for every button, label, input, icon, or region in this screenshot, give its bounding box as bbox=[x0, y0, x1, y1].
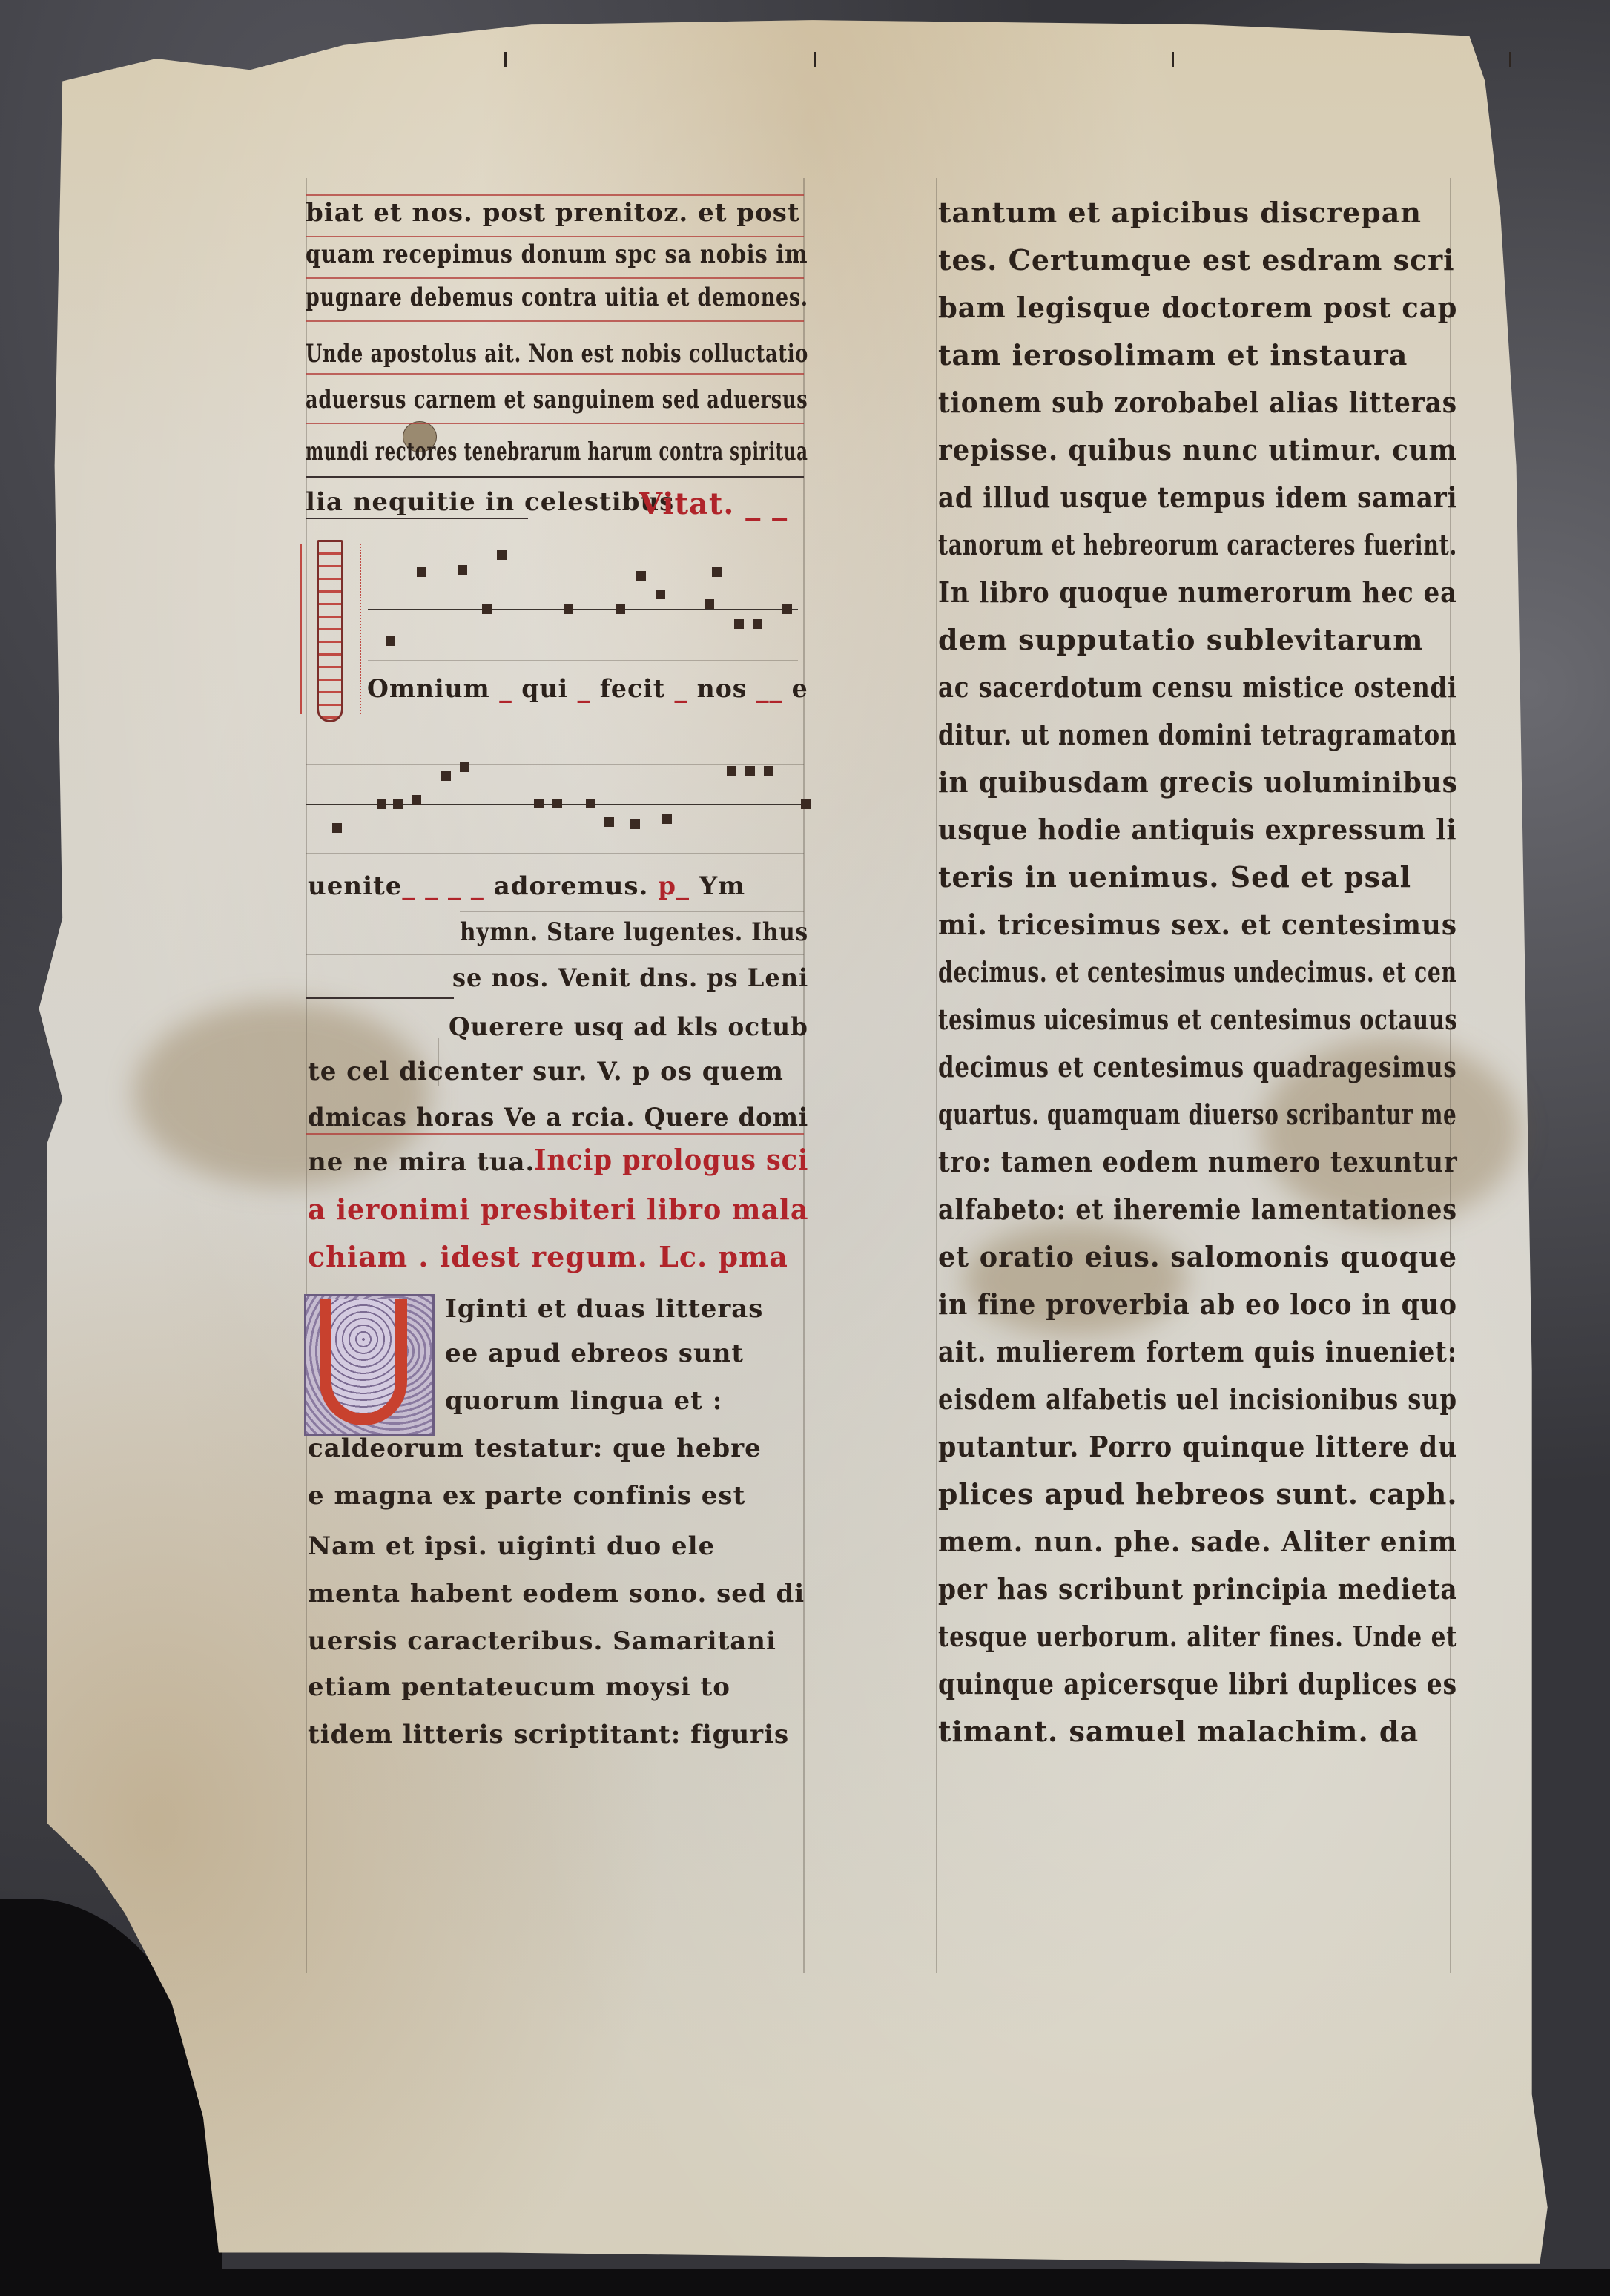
neume bbox=[801, 799, 811, 809]
text-ruling bbox=[460, 911, 804, 912]
rubric-heading: a ieronimi presbiteri libro mala bbox=[308, 1195, 808, 1224]
text-line: Unde apostolus ait. Non est nobis colluc… bbox=[306, 341, 808, 366]
text-line: per has scribunt principia medieta bbox=[938, 1575, 1458, 1603]
text-line: Querere usq ad kls octub bbox=[449, 1015, 808, 1040]
neume bbox=[734, 619, 744, 629]
lyric: Ym bbox=[699, 871, 745, 901]
text-line: uersis caracteribus. Samaritani bbox=[308, 1629, 776, 1654]
text-line: decimus. et centesimus undecimus. et cen bbox=[938, 958, 1457, 986]
text-line: te cel dicenter sur. V. p os quem bbox=[308, 1059, 784, 1084]
text-line: decimus et centesimus quadragesimus bbox=[938, 1053, 1457, 1081]
prick-mark bbox=[1172, 52, 1174, 67]
text-line: eisdem alfabetis uel incisionibus sup bbox=[938, 1385, 1457, 1413]
dark-ruling bbox=[306, 476, 804, 478]
neume bbox=[377, 799, 386, 809]
neume bbox=[386, 636, 395, 646]
music-text-2: uenite_ _ _ _ adoremus. p_ Ym bbox=[308, 874, 745, 899]
text-line: tionem sub zorobabel alias litteras bbox=[938, 389, 1457, 417]
lyric: uenite bbox=[308, 871, 402, 901]
music-staff-line-faint bbox=[368, 564, 798, 564]
neume bbox=[534, 799, 544, 808]
red-ruling bbox=[306, 236, 804, 237]
neume bbox=[764, 766, 773, 776]
text-line: putantur. Porro quinque littere du bbox=[938, 1433, 1457, 1461]
text-line: tam ierosolimam et instaura bbox=[938, 341, 1408, 369]
text-line: caldeorum testatur: que hebre bbox=[308, 1436, 762, 1461]
text-line: Iginti et duas litteras bbox=[445, 1296, 763, 1322]
text-line: dmicas horas Ve a rcia. Quere domi bbox=[308, 1105, 808, 1130]
text-line: mundi rectores tenebrarum harum contra s… bbox=[306, 439, 808, 464]
text-line: quam recepimus donum spc sa nobis im bbox=[306, 242, 808, 267]
initial-bowl bbox=[320, 1299, 407, 1425]
text-line: pugnare debemus contra uitia et demones. bbox=[306, 285, 808, 310]
text-line: ac sacerdotum censu mistice ostendi bbox=[938, 673, 1457, 702]
initial-stem bbox=[317, 540, 343, 722]
prick-mark bbox=[1509, 52, 1511, 67]
text-line: bam legisque doctorem post cap bbox=[938, 294, 1457, 322]
red-ruling bbox=[306, 373, 804, 375]
music-staff-line-faint bbox=[306, 764, 804, 765]
decorated-initial-U bbox=[304, 1294, 435, 1436]
neume bbox=[604, 817, 614, 827]
text-line: lia nequitie in celestibus bbox=[306, 489, 674, 515]
lyric: Omnium bbox=[367, 674, 490, 704]
neume bbox=[417, 567, 426, 577]
red-ruling bbox=[306, 320, 804, 322]
neume bbox=[393, 799, 403, 809]
neume bbox=[705, 599, 714, 609]
neume bbox=[412, 795, 421, 805]
text-line: hymn. Stare lugentes. Ihus bbox=[460, 920, 808, 945]
text-line: mi. tricesimus sex. et centesimus bbox=[938, 911, 1457, 939]
red-ruling bbox=[306, 194, 804, 196]
text-line: quorum lingua et : bbox=[445, 1388, 722, 1413]
text-line: ee apud ebreos sunt bbox=[445, 1341, 744, 1366]
neume bbox=[712, 567, 722, 577]
neume bbox=[616, 604, 625, 614]
text-line: tro: tamen eodem numero texuntur bbox=[938, 1148, 1458, 1176]
music-staff-line-faint bbox=[306, 853, 804, 854]
text-line: aduersus carnem et sanguinem sed aduersu… bbox=[306, 387, 808, 412]
text-line: se nos. Venit dns. ps Leni bbox=[452, 966, 808, 991]
neume bbox=[332, 823, 342, 833]
neume bbox=[662, 814, 672, 824]
melisma-dashes: _ _ _ _ bbox=[402, 871, 484, 901]
text-line: in fine proverbia ab eo loco in quo bbox=[938, 1290, 1457, 1319]
dark-ruling bbox=[306, 518, 528, 519]
text-line: ait. mulierem fortem quis inueniet: bbox=[938, 1338, 1457, 1366]
neume bbox=[636, 571, 646, 581]
rubric-heading: Incip prologus sci bbox=[534, 1146, 808, 1174]
decorated-initial-V bbox=[300, 540, 361, 718]
neume bbox=[441, 771, 451, 781]
neume bbox=[630, 819, 640, 829]
prick-mark bbox=[814, 52, 816, 67]
neume bbox=[745, 766, 755, 776]
rubric-heading: chiam . idest regum. Lc. pma bbox=[308, 1243, 788, 1271]
prick-mark bbox=[504, 52, 507, 67]
text-ruling bbox=[306, 954, 804, 955]
text-line: dem supputatio sublevitarum bbox=[938, 626, 1423, 654]
lyric: adoremus. bbox=[494, 871, 649, 901]
black-mount-bottom bbox=[0, 2269, 1610, 2296]
text-line: tesque uerborum. aliter fines. Unde et bbox=[938, 1623, 1457, 1651]
neume bbox=[753, 619, 762, 629]
text-line: quartus. quamquam diuerso scribantur me bbox=[938, 1101, 1456, 1129]
lyric: e bbox=[792, 674, 808, 704]
initial-flourish bbox=[354, 544, 361, 714]
text-line: timant. samuel malachim. da bbox=[938, 1718, 1419, 1746]
ruling-right-outer bbox=[936, 178, 937, 1973]
lyric: fecit bbox=[600, 674, 665, 704]
neume bbox=[564, 604, 573, 614]
dark-ruling bbox=[306, 997, 454, 999]
rubric-p: p bbox=[658, 871, 676, 901]
neume bbox=[482, 604, 492, 614]
text-line: quinque apicersque libri duplices es bbox=[938, 1670, 1457, 1698]
text-line: tanorum et hebreorum caracteres fuerint. bbox=[938, 531, 1457, 559]
red-ruling bbox=[306, 277, 804, 279]
music-staff-line-faint bbox=[368, 660, 798, 661]
text-line: In libro quoque numerorum hec ea bbox=[938, 578, 1457, 607]
text-line: ne ne mira tua. bbox=[308, 1149, 535, 1175]
text-line: Nam et ipsi. uiginti duo ele bbox=[308, 1534, 715, 1559]
neume bbox=[586, 799, 595, 808]
neume bbox=[497, 550, 507, 560]
text-line: alfabeto: et iheremie lamentationes bbox=[938, 1195, 1457, 1224]
text-line: mem. nun. phe. sade. Aliter enim bbox=[938, 1528, 1457, 1556]
music-staff-line bbox=[368, 609, 798, 610]
text-line: tesimus uicesimus et centesimus octauus bbox=[938, 1006, 1457, 1034]
rubric-dash: _ bbox=[676, 871, 690, 901]
lyric: nos bbox=[697, 674, 748, 704]
text-line: tantum et apicibus discrepan bbox=[938, 199, 1422, 227]
music-text-1: Omnium _ qui _ fecit _ nos __ e bbox=[367, 676, 808, 702]
neume bbox=[782, 604, 792, 614]
red-ruling bbox=[306, 423, 804, 424]
text-line: ditur. ut nomen domini tetragramaton bbox=[938, 721, 1457, 749]
text-line: teris in uenimus. Sed et psal bbox=[938, 863, 1411, 891]
red-ruling bbox=[306, 1133, 804, 1135]
text-line: plices apud hebreos sunt. caph. bbox=[938, 1480, 1457, 1508]
text-line: biat et nos. post prenitoz. et post bbox=[306, 200, 800, 225]
text-line: usque hodie antiquis expressum li bbox=[938, 816, 1457, 844]
text-line: etiam pentateucum moysi to bbox=[308, 1675, 730, 1700]
text-line: menta habent eodem sono. sed di bbox=[308, 1581, 805, 1606]
text-line: ad illud usque tempus idem samari bbox=[938, 484, 1457, 512]
lyric: qui bbox=[521, 674, 568, 704]
neume bbox=[458, 565, 467, 575]
rubric-vitat: Vitat. _ _ bbox=[639, 489, 788, 519]
text-line: repisse. quibus nunc utimur. cum bbox=[938, 436, 1457, 464]
neume bbox=[552, 799, 562, 808]
text-line: tes. Certumque est esdram scri bbox=[938, 246, 1455, 274]
initial-flourish bbox=[300, 544, 308, 714]
text-line: e magna ex parte confinis est bbox=[308, 1483, 745, 1508]
neume bbox=[727, 766, 736, 776]
text-line: in quibusdam grecis uoluminibus bbox=[938, 768, 1458, 796]
text-line: tidem litteris scriptitant: figuris bbox=[308, 1722, 789, 1747]
text-line: et oratio eius. salomonis quoque bbox=[938, 1243, 1457, 1271]
neume bbox=[460, 762, 469, 772]
neume bbox=[656, 590, 665, 599]
